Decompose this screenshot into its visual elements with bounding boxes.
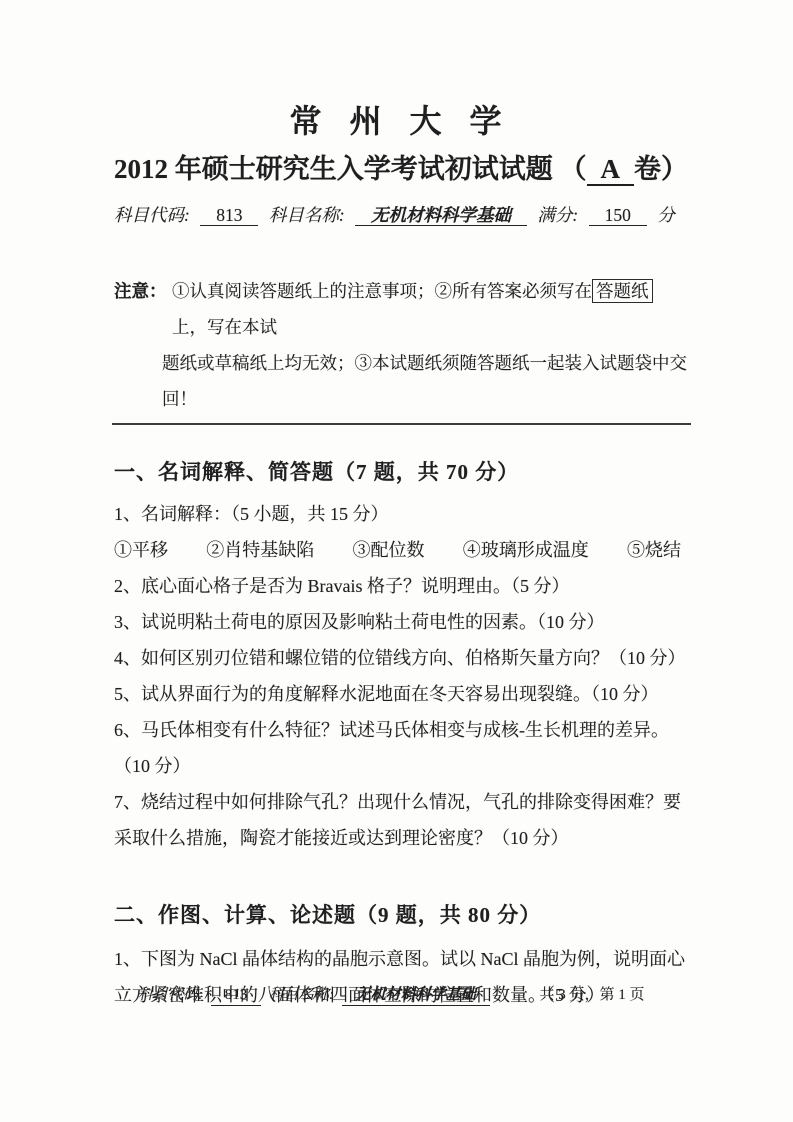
subject-info-row: 科目代码: 813 科目名称: 无机材料科学基础 满分: 150 分: [114, 203, 687, 227]
section1-q2: 2、底心面心格子是否为 Bravais 格子？说明理由。（5 分）: [114, 568, 687, 604]
paren-open: （: [560, 154, 587, 184]
section1-q5: 5、试从界面行为的角度解释水泥地面在冬天容易出现裂缝。（10 分）: [114, 676, 687, 712]
notice-line1-after: 上，写在本试: [172, 317, 277, 337]
full-score-value: 150: [589, 205, 647, 226]
notice-line1-before: ①认真阅读答题纸上的注意事项；②所有答案必须写在: [172, 281, 592, 301]
section1-q6: 6、马氏体相变有什么特征？试述马氏体相变与成核-生长机理的差异。（10 分）: [114, 712, 687, 784]
page-footer: 科目代码: 813 科目名称: 无机材料科学基础 共 3 页，第 1 页: [138, 984, 645, 1006]
university-title: 常 州 大 学: [114, 102, 687, 140]
term-3: ③配位数: [353, 532, 425, 568]
notice-label: 注意：: [114, 273, 167, 309]
exam-title-line: 2012 年硕士研究生入学考试初试试题 （A卷）: [114, 152, 687, 187]
footer-subject-code-value: 813: [211, 985, 262, 1006]
section1-q1-intro: 1、名词解释：（5 小题，共 15 分）: [114, 496, 687, 532]
paren-close: 卷）: [634, 154, 688, 184]
section1-q1-terms: ①平移 ②肖特基缺陷 ③配位数 ④玻璃形成温度 ⑤烧结: [114, 532, 687, 568]
term-2: ②肖特基缺陷: [206, 532, 314, 568]
term-1: ①平移: [114, 532, 168, 568]
section1-heading: 一、名词解释、简答题（7 题，共 70 分）: [114, 459, 687, 486]
subject-name-label: 科目名称:: [269, 205, 345, 225]
section1-q7: 7、烧结过程中如何排除气孔？出现什么情况，气孔的排除变得困难？要采取什么措施，陶…: [114, 784, 687, 856]
subject-code-label: 科目代码:: [114, 205, 190, 225]
subject-name-value: 无机材料科学基础: [355, 205, 527, 226]
footer-page-info: 共 3 页，第 1 页: [540, 987, 645, 1003]
footer-subject-name-value: 无机材料科学基础: [342, 985, 490, 1006]
full-score-unit: 分: [657, 205, 675, 225]
subject-code-value: 813: [200, 205, 258, 226]
answer-sheet-boxed-text: 答题纸: [592, 279, 653, 303]
divider-line: [112, 423, 691, 425]
footer-subject-code-label: 科目代码:: [138, 987, 203, 1003]
footer-subject-name-label: 科目名称:: [269, 987, 334, 1003]
full-score-label: 满分:: [537, 205, 578, 225]
paper-version-label: A: [587, 154, 635, 186]
section1-question-list: 1、名词解释：（5 小题，共 15 分） ①平移 ②肖特基缺陷 ③配位数 ④玻璃…: [114, 496, 687, 856]
section2-heading: 二、作图、计算、论述题（9 题，共 80 分）: [114, 902, 687, 929]
notice-block: 注意： ①认真阅读答题纸上的注意事项；②所有答案必须写在答题纸上，写在本试 题纸…: [114, 273, 687, 417]
term-5: ⑤烧结: [627, 532, 681, 568]
exam-paper-page: 常 州 大 学 2012 年硕士研究生入学考试初试试题 （A卷） 科目代码: 8…: [0, 0, 793, 1122]
term-4: ④玻璃形成温度: [463, 532, 589, 568]
section1-q3: 3、试说明粘土荷电的原因及影响粘土荷电性的因素。（10 分）: [114, 604, 687, 640]
section1-q4: 4、如何区别刃位错和螺位错的位错线方向、伯格斯矢量方向？（10 分）: [114, 640, 687, 676]
notice-line-2: 题纸或草稿纸上均无效；③本试题纸须随答题纸一起装入试题袋中交回！: [162, 345, 687, 417]
exam-title-text: 2012 年硕士研究生入学考试初试试题: [114, 154, 553, 184]
notice-line-1: ①认真阅读答题纸上的注意事项；②所有答案必须写在答题纸上，写在本试: [172, 273, 687, 345]
